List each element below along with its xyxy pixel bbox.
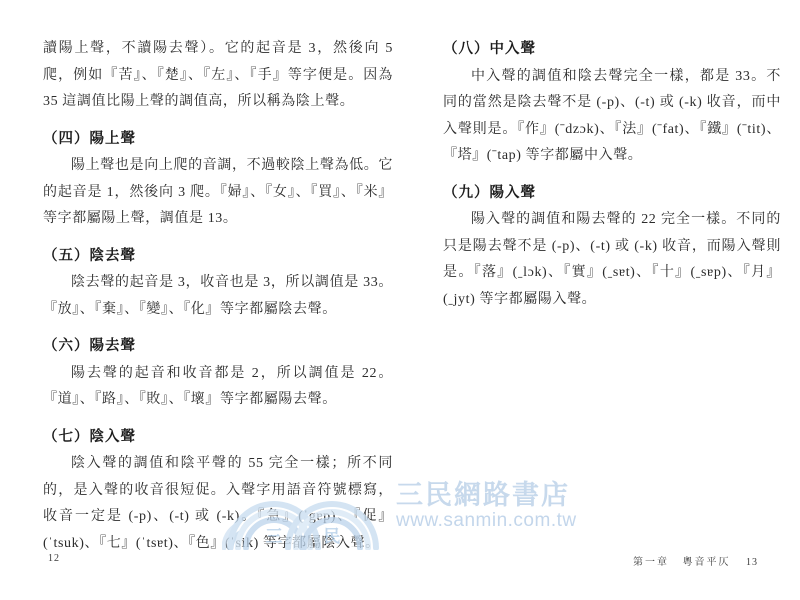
section-body-yang-shang: 陽上聲也是向上爬的音調，不過較陰上聲為低。它的起音是 1，然後向 3 爬。『婦』… <box>43 153 393 233</box>
section-body-zhong-ru: 中入聲的調值和陰去聲完全一樣，都是 33。不同的當然是陰去聲不是 (-p)、(-… <box>443 64 781 170</box>
watermark-store-name: 三民網路書店 <box>396 480 577 510</box>
footer-chapter-title: 粵音平仄 <box>683 557 731 568</box>
watermark-text: 三民網路書店 www.sanmin.com.tw <box>396 480 577 532</box>
footer-chapter: 第一章 <box>633 557 669 568</box>
section-heading-yin-qu: （五）陰去聲 <box>43 243 393 270</box>
section-heading-yang-qu: （六）陽去聲 <box>43 333 393 360</box>
watermark-website: www.sanmin.com.tw <box>396 510 577 532</box>
book-spread: 讀陽上聲，不讀陽去聲）。它的起音是 3，然後向 5 爬，例如『苦』、『楚』、『左… <box>0 0 800 600</box>
section-heading-yang-shang: （四）陽上聲 <box>43 126 393 153</box>
page-number-left: 12 <box>48 553 60 564</box>
section-body-yang-qu: 陽去聲的起音和收音都是 2，所以調值是 22。『道』、『路』、『敗』、『壞』等字… <box>43 361 393 414</box>
section-body-yin-ru: 陰入聲的調值和陰平聲的 55 完全一樣；所不同的，是入聲的收音很短促。入聲字用語… <box>43 451 393 557</box>
page-number-right: 13 <box>746 557 758 568</box>
section-body-yin-qu: 陰去聲的起音是 3，收音也是 3，所以調值是 33。『放』、『棄』、『變』、『化… <box>43 270 393 323</box>
section-body-yang-ru: 陽入聲的調值和陽去聲的 22 完全一樣。不同的只是陽去聲不是 (-p)、(-t)… <box>443 207 781 313</box>
footer-right: 第一章 粵音平仄 13 <box>633 553 758 568</box>
section-heading-yang-ru: （九）陽入聲 <box>443 180 781 207</box>
paragraph-continuation: 讀陽上聲，不讀陽去聲）。它的起音是 3，然後向 5 爬，例如『苦』、『楚』、『左… <box>43 36 393 116</box>
page-right: （八）中入聲 中入聲的調值和陰去聲完全一樣，都是 33。不同的當然是陰去聲不是 … <box>443 36 781 313</box>
page-left: 讀陽上聲，不讀陽去聲）。它的起音是 3，然後向 5 爬，例如『苦』、『楚』、『左… <box>43 36 393 557</box>
section-heading-yin-ru: （七）陰入聲 <box>43 424 393 451</box>
section-heading-zhong-ru: （八）中入聲 <box>443 36 781 63</box>
